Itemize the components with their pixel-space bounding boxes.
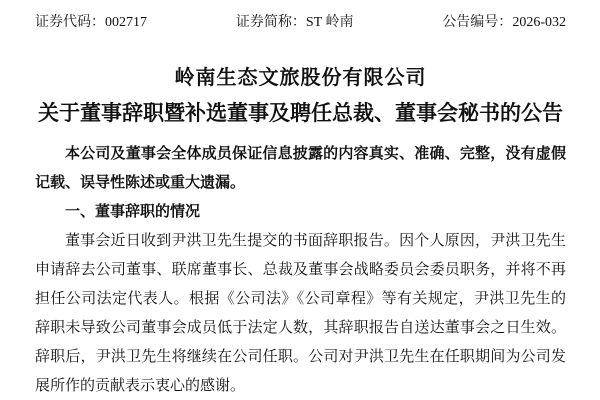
stock-code-label: 证券代码： (35, 15, 105, 30)
section-1-heading: 一、董事辞职的情况 (35, 198, 566, 227)
company-name-title: 岭南生态文旅股份有限公司 (35, 64, 566, 92)
document-header: 证券代码：002717 证券简称：ST 岭南 公告编号：2026-032 (35, 14, 566, 32)
section-1-paragraph: 董事会近日收到尹洪卫先生提交的书面辞职报告。因个人原因，尹洪卫先生申请辞去公司董… (35, 227, 566, 400)
stock-code: 证券代码：002717 (35, 14, 147, 32)
stock-code-value: 002717 (105, 15, 147, 30)
stock-name-value: ST 岭南 (306, 15, 354, 30)
stock-name: 证券简称：ST 岭南 (236, 14, 354, 32)
announcement-number: 公告编号：2026-032 (442, 14, 566, 32)
announcement-document: 证券代码：002717 证券简称：ST 岭南 公告编号：2026-032 岭南生… (0, 0, 600, 400)
announcement-number-label: 公告编号： (442, 15, 512, 30)
stock-name-label: 证券简称： (236, 15, 306, 30)
announcement-number-value: 2026-032 (512, 15, 566, 30)
announcement-title: 关于董事辞职暨补选董事及聘任总裁、董事会秘书的公告 (35, 100, 566, 128)
disclaimer-paragraph: 本公司及董事会全体成员保证信息披露的内容真实、准确、完整，没有虚假记载、误导性陈… (35, 140, 566, 198)
